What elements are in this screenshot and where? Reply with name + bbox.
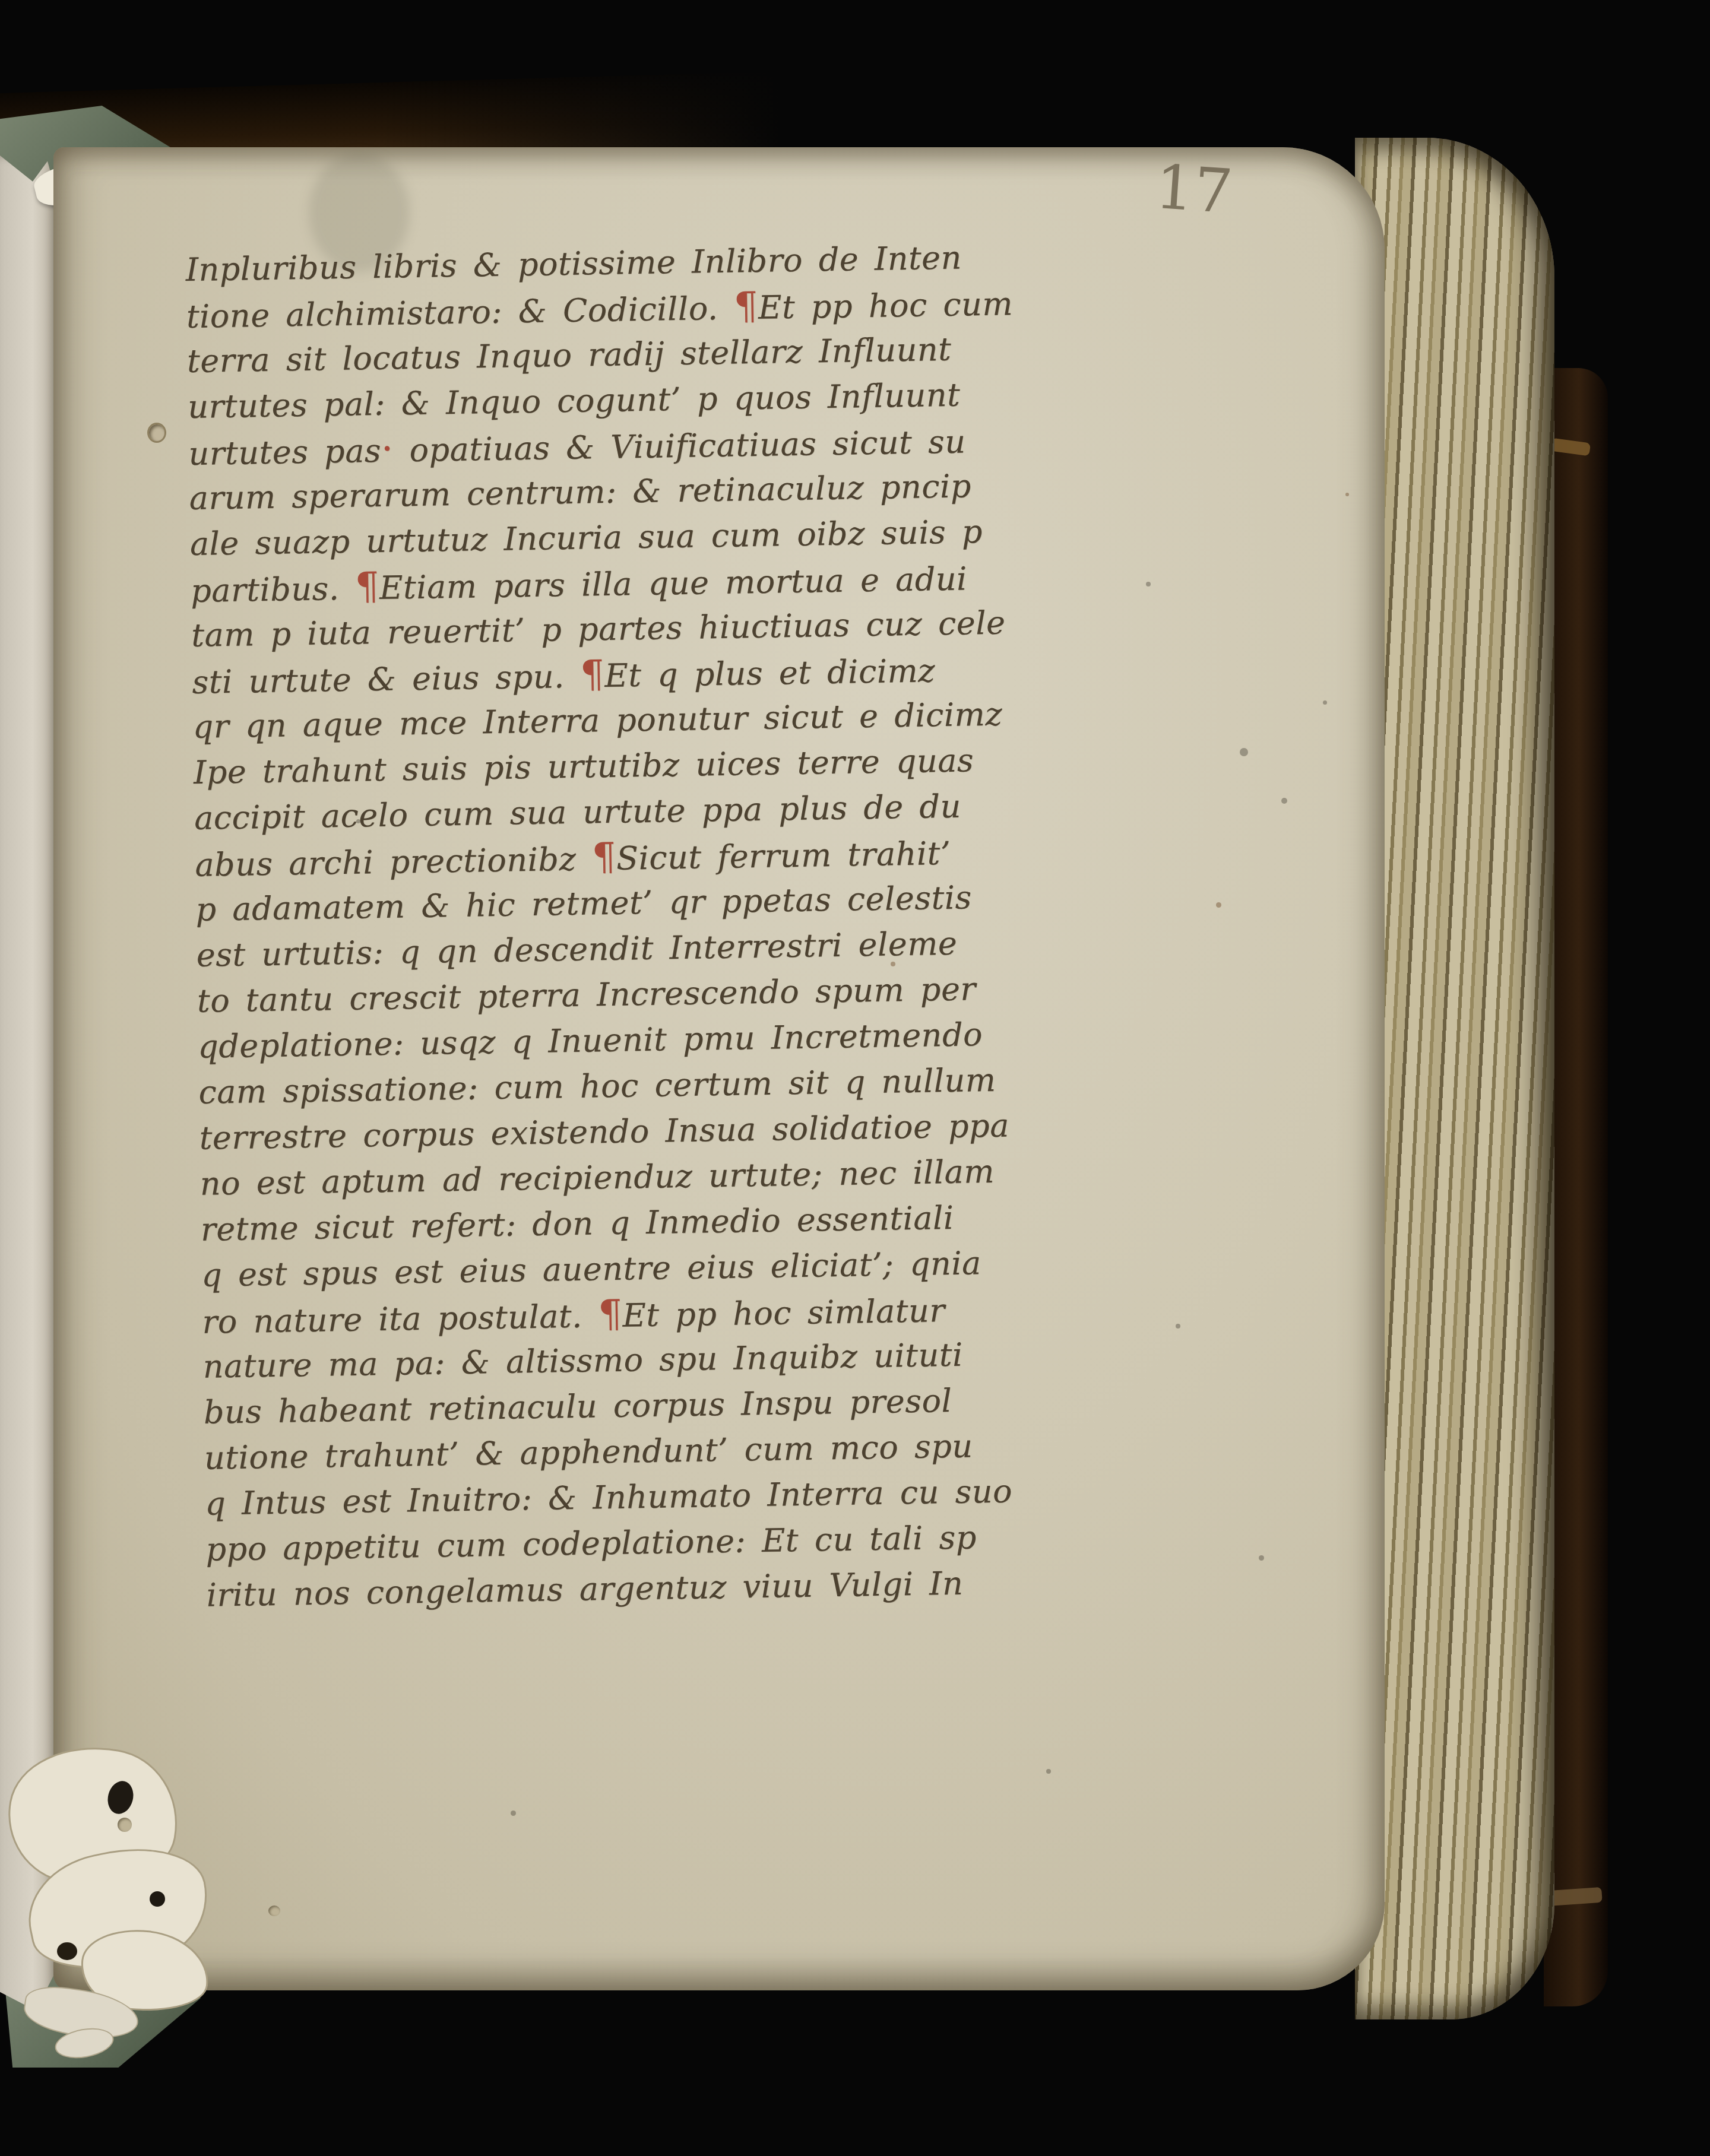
text-segment: terra sit locatus Inquo radij stellarz I… <box>187 331 952 380</box>
text-segment: tione alchimistaro: & Codicillo. <box>186 290 734 335</box>
rubric-mark: ¶ <box>733 284 758 329</box>
fox-spot <box>1216 902 1221 908</box>
text-segment: arum sperarum centrum: & retinaculuz pnc… <box>189 467 971 517</box>
worm-hole <box>150 1891 165 1907</box>
text-segment: qr qn aque mce Interra ponutur sicut e d… <box>192 695 1002 745</box>
text-segment: sti urtute & eius spu. <box>192 658 581 701</box>
rubric-mark: · <box>381 427 394 471</box>
text-segment: accipit acelo cum sua urtute ppa plus de… <box>194 788 961 837</box>
photo-background: 17 Inpluribus libris & potissime Inlibro… <box>0 0 1710 2156</box>
text-segment: urtutes pas <box>188 432 382 473</box>
wormhole <box>147 423 166 443</box>
paper-divot <box>268 1905 280 1916</box>
text-segment: terrestre corpus existendo Insua solidat… <box>199 1106 1009 1156</box>
fox-spot <box>356 819 360 823</box>
text-segment: no est aptum ad recipienduz urtute; nec … <box>199 1153 995 1203</box>
manuscript-page: 17 Inpluribus libris & potissime Inlibro… <box>53 147 1385 1990</box>
paper-divot <box>118 1818 132 1832</box>
text-segment: q est spus est eius auentre eius eliciat… <box>201 1244 981 1294</box>
fox-spot <box>1046 1769 1051 1774</box>
fox-spot <box>511 1811 516 1816</box>
fox-spot <box>1323 700 1327 705</box>
text-segment: utione trahunt’ & apphendunt’ cum mco sp… <box>204 1427 973 1476</box>
text-segment: Et q plus et dicimz <box>604 652 936 695</box>
gutter-page-stub <box>0 156 59 2011</box>
text-block: Inpluribus libris & potissime Inlibro de… <box>185 232 1157 1618</box>
text-segment: Sicut ferrum trahit’ <box>616 835 951 877</box>
text-segment: qdeplatione: usqz q Inuenit pmu Incretme… <box>198 1016 983 1066</box>
rubric-mark: ¶ <box>598 1292 623 1337</box>
text-segment: Etiam pars illa que mortua e adui <box>379 560 968 607</box>
text-segment: iritu nos congelamus argentuz viuu Vulgi… <box>206 1565 963 1614</box>
text-segment: tam p iuta reuertit’ p partes hiuctiuas … <box>191 604 1006 654</box>
fox-spot <box>1146 582 1151 586</box>
text-segment: est urtutis: q qn descendit Interrestri … <box>196 925 958 974</box>
text-segment: q Intus est Inuitro: & Inhumato Interra … <box>205 1472 1013 1522</box>
rubric-mark: ¶ <box>354 565 379 609</box>
text-segment: Ipe trahunt suis pis urtutibz uices terr… <box>193 741 974 791</box>
text-segment: opatiuas & Viuificatiuas sicut su <box>393 423 966 469</box>
text-segment: retme sicut refert: don q Inmedio essent… <box>201 1199 954 1248</box>
worm-hole <box>57 1942 77 1960</box>
text-segment: cam spissatione: cum hoc certum sit q nu… <box>198 1061 996 1111</box>
rubric-mark: ¶ <box>591 835 616 880</box>
rubric-mark: ¶ <box>580 652 605 697</box>
text-segment: bus habeant retinaculu corpus Inspu pres… <box>203 1382 952 1431</box>
fox-spot <box>1345 493 1349 496</box>
fox-spot <box>891 962 895 966</box>
text-segment: partibus. <box>191 570 356 610</box>
text-segment: to tantu crescit pterra Increscendo spum… <box>197 970 976 1020</box>
text-segment: Et pp hoc cum <box>758 285 1014 326</box>
folio-number: 17 <box>1153 152 1235 228</box>
text-segment: ppo appetitu cum codeplatione: Et cu tal… <box>205 1518 977 1568</box>
text-segment: Inpluribus libris & potissime Inlibro de… <box>185 239 962 288</box>
text-segment: p adamatem & hic retmet’ qr ppetas celes… <box>195 879 972 928</box>
fore-edge-page-stack <box>1355 138 1554 2019</box>
fox-spot <box>1176 1324 1180 1329</box>
text-segment: ale suazp urtutuz Incuria sua cum oibz s… <box>189 513 983 563</box>
fox-spot <box>1240 748 1248 756</box>
text-segment: ro nature ita postulat. <box>202 1297 598 1340</box>
fox-spot <box>1259 1555 1264 1561</box>
text-segment: urtutes pal: & Inquo cogunt’ p quos Infl… <box>188 376 961 426</box>
fox-spot <box>1281 798 1287 804</box>
text-segment: Et pp hoc simlatur <box>622 1292 945 1334</box>
text-segment: abus archi prectionibz <box>195 840 593 883</box>
text-segment: nature ma pa: & altissmo spu Inquibz uit… <box>202 1336 963 1385</box>
